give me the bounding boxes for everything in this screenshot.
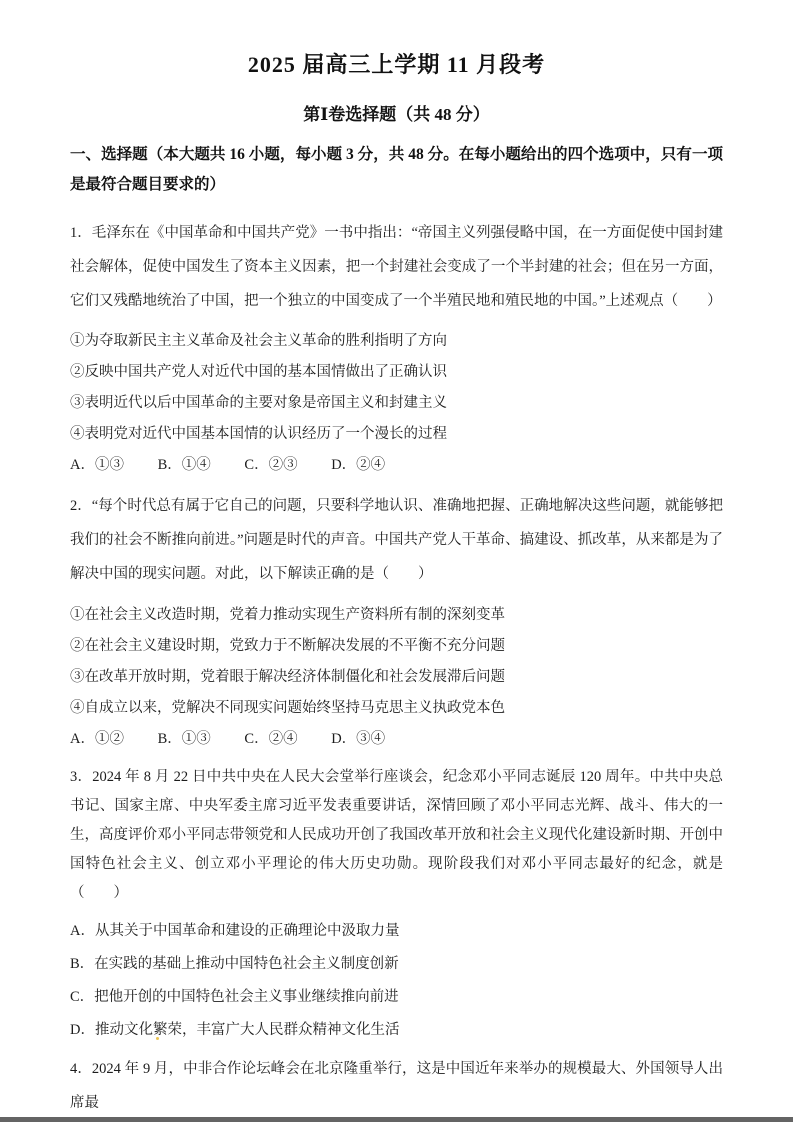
exam-title: 2025 届高三上学期 11 月段考 [70,0,723,80]
question-2-choice-d: D．③④ [331,730,385,749]
question-1-statement-3: ③表明近代以后中国革命的主要对象是帝国主义和封建主义 [70,394,723,413]
question-3-choice-c: C．把他开创的中国特色社会主义事业继续推向前进 [70,988,723,1007]
question-2-choices: A．①② B．①③ C．②④ D．③④ [70,730,723,749]
exam-document-page: 2025 届高三上学期 11 月段考 第Ⅰ卷选择题（共 48 分） 一、选择题（… [0,0,793,1122]
question-2-statement-4: ④自成立以来，党解决不同现实问题始终坚持马克思主义执政党本色 [70,699,723,718]
question-1-choice-a: A．①③ [70,456,124,475]
question-2-statement-2: ②在社会主义建设时期，党致力于不断解决发展的不平衡不充分问题 [70,637,723,656]
question-2-choice-c: C．②④ [244,730,297,749]
question-2-choice-a: A．①② [70,730,124,749]
question-1-statement-2: ②反映中国共产党人对近代中国的基本国情做出了正确认识 [70,363,723,382]
question-3-choice-b: B．在实践的基础上推动中国特色社会主义制度创新 [70,955,723,974]
question-3-stem: 3．2024 年 8 月 22 日中共中央在人民大会堂举行座谈会，纪念邓小平同志… [70,763,723,908]
yellow-dot [156,1037,159,1040]
question-1-statement-4: ④表明党对近代中国基本国情的认识经历了一个漫长的过程 [70,425,723,444]
question-1-choices: A．①③ B．①④ C．②③ D．②④ [70,456,723,475]
question-1-statement-1: ①为夺取新民主主义革命及社会主义革命的胜利指明了方向 [70,332,723,351]
question-1-choice-c: C．②③ [244,456,297,475]
question-3-choice-a: A．从其关于中国革命和建设的正确理论中汲取力量 [70,922,723,941]
question-4-stem: 4．2024 年 9 月，中非合作论坛峰会在北京隆重举行，这是中国近年来举办的规… [70,1052,723,1120]
section-heading: 第Ⅰ卷选择题（共 48 分） [70,104,723,126]
question-2: 2．“每个时代总有属于它自己的问题，只要科学地认识、准确地把握、正确地解决这些问… [70,489,723,749]
window-bottom-edge [0,1117,793,1122]
question-1-choice-d: D．②④ [331,456,385,475]
question-2-choice-b: B．①③ [158,730,211,749]
section-intro: 一、选择题（本大题共 16 小题，每小题 3 分，共 48 分。在每小题给出的四… [70,140,723,200]
question-2-stem: 2．“每个时代总有属于它自己的问题，只要科学地认识、准确地把握、正确地解决这些问… [70,489,723,591]
question-4: 4．2024 年 9 月，中非合作论坛峰会在北京隆重举行，这是中国近年来举办的规… [70,1052,723,1120]
question-2-statement-1: ①在社会主义改造时期，党着力推动实现生产资料所有制的深刻变革 [70,606,723,625]
question-1-stem: 1．毛泽东在《中国革命和中国共产党》一书中指出：“帝国主义列强侵略中国，在一方面… [70,216,723,318]
question-3-choice-d: D．推动文化繁荣，丰富广大人民群众精神文化生活 [70,1021,723,1040]
question-2-statement-3: ③在改革开放时期，党着眼于解决经济体制僵化和社会发展滞后问题 [70,668,723,687]
question-1-choice-b: B．①④ [158,456,211,475]
question-1: 1．毛泽东在《中国革命和中国共产党》一书中指出：“帝国主义列强侵略中国，在一方面… [70,216,723,476]
question-3: 3．2024 年 8 月 22 日中共中央在人民大会堂举行座谈会，纪念邓小平同志… [70,763,723,1041]
document-content: 2025 届高三上学期 11 月段考 第Ⅰ卷选择题（共 48 分） 一、选择题（… [0,0,793,1120]
